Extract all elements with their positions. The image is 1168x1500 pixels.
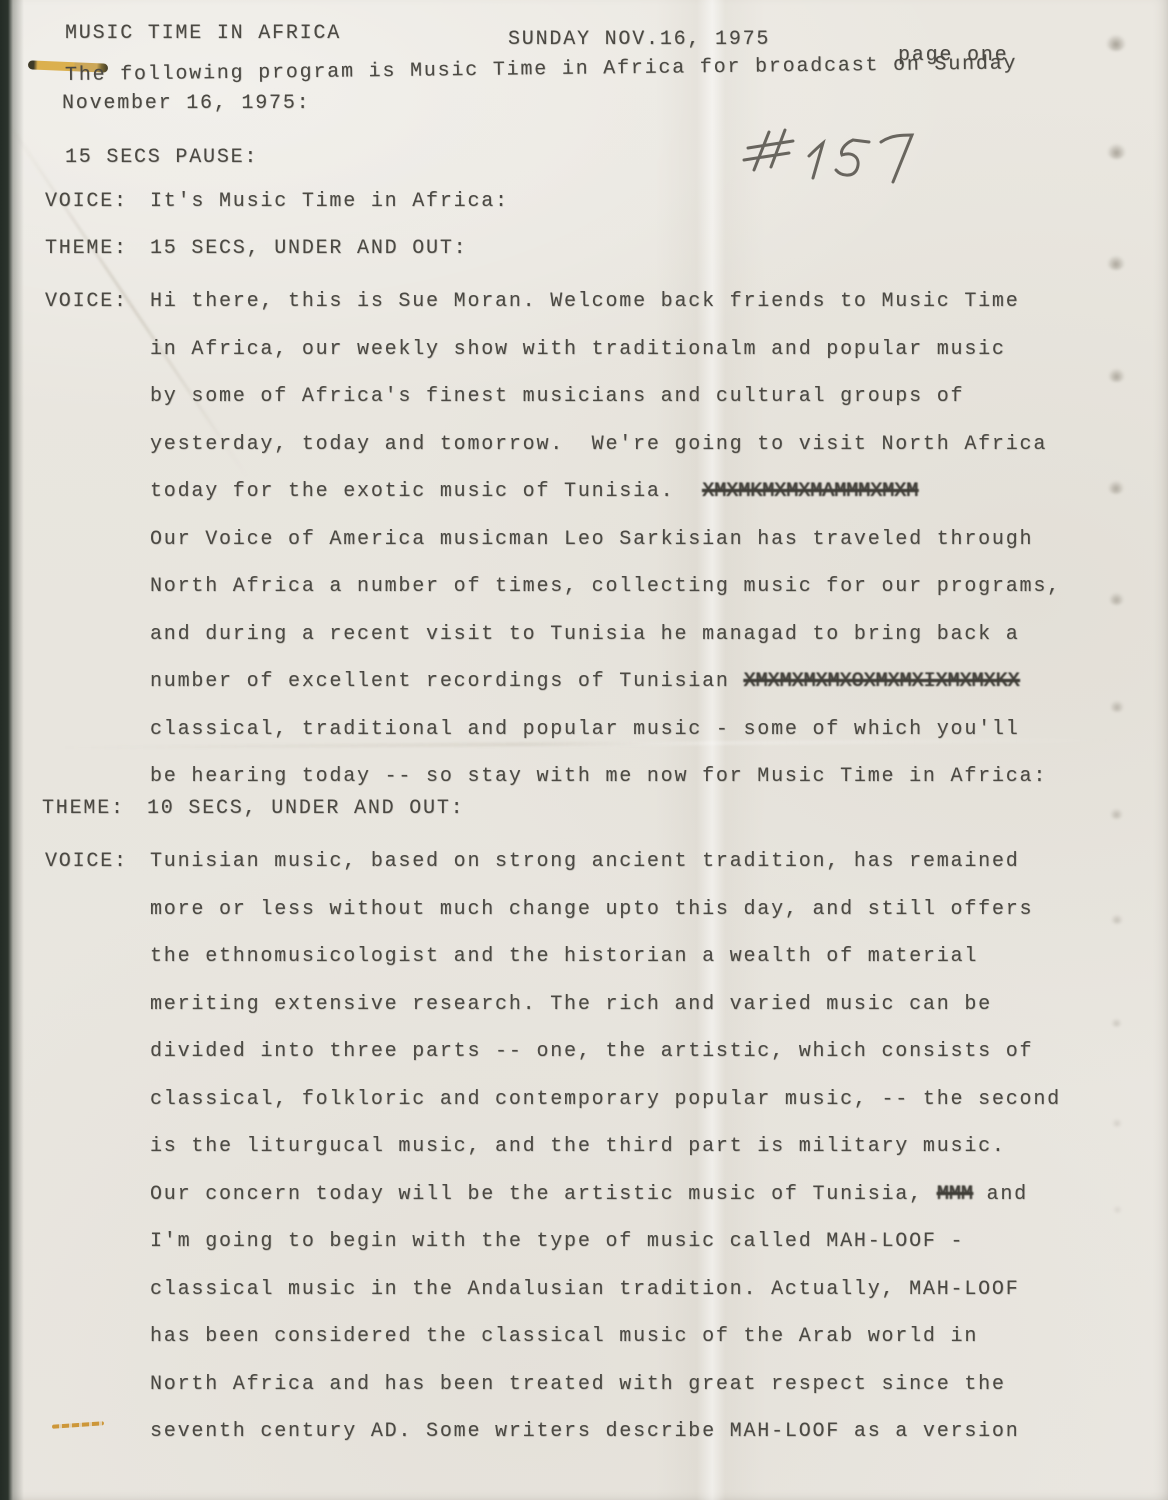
line-text: I'm going to begin with the type of musi… bbox=[150, 1230, 964, 1253]
binder-hole-shadow bbox=[1110, 700, 1124, 712]
script-text-line: divided into three parts -- one, the art… bbox=[150, 1040, 1033, 1063]
cue-label: VOICE: bbox=[45, 850, 150, 873]
screenshot-root: { "page": { "header_title": "MUSIC TIME … bbox=[0, 0, 1168, 1500]
line-text: Our concern today will be the artistic m… bbox=[150, 1183, 937, 1206]
line-text: number of excellent recordings of Tunisi… bbox=[150, 670, 743, 693]
line-text: 15 SECS PAUSE: bbox=[65, 146, 258, 169]
overtyped-strikeout: XMXMKMXMXMAMMMXMXM bbox=[702, 480, 918, 503]
script-cue-line: VOICE:Hi there, this is Sue Moran. Welco… bbox=[45, 290, 1020, 313]
script-text-line: seventh century AD. Some writers describ… bbox=[150, 1420, 1020, 1443]
line-text: and bbox=[973, 1183, 1028, 1206]
script-text-line: the ethnomusicologist and the historian … bbox=[150, 945, 978, 968]
script-text-line: in Africa, our weekly show with traditio… bbox=[150, 338, 1006, 361]
binder-hole-shadow bbox=[1109, 592, 1124, 605]
script-cue-line: VOICE:Tunisian music, based on strong an… bbox=[45, 850, 1020, 873]
script-cue-line: THEME:15 SECS, UNDER AND OUT: bbox=[45, 237, 467, 260]
line-text: Hi there, this is Sue Moran. Welcome bac… bbox=[150, 290, 1020, 313]
line-text: North Africa and has been treated with g… bbox=[150, 1373, 1006, 1396]
script-text-line: yesterday, today and tomorrow. We're goi… bbox=[150, 433, 1047, 456]
overtyped-strikeout: XMXMXMXMXOXMXMXIXMXMXKX bbox=[743, 670, 1019, 693]
script-text-line: has been considered the classical music … bbox=[150, 1325, 978, 1348]
line-text: North Africa a number of times, collecti… bbox=[150, 575, 1061, 598]
line-text: and during a recent visit to Tunisia he … bbox=[150, 623, 1020, 646]
line-text: 15 SECS, UNDER AND OUT: bbox=[150, 237, 467, 260]
binder-hole-shadow bbox=[1107, 255, 1125, 270]
binder-hole-shadow bbox=[1112, 1118, 1122, 1127]
script-text-line: more or less without much change upto th… bbox=[150, 898, 1033, 921]
script-text-line: be hearing today -- so stay with me now … bbox=[150, 765, 1047, 788]
script-cue-line: THEME:10 SECS, UNDER AND OUT: bbox=[42, 797, 464, 820]
fold-crease-vertical bbox=[655, 0, 765, 1500]
line-text: seventh century AD. Some writers describ… bbox=[150, 1420, 1020, 1443]
line-text: meriting extensive research. The rich an… bbox=[150, 993, 992, 1016]
line-text: today for the exotic music of Tunisia. bbox=[150, 480, 702, 503]
script-text-line: is the liturgucal music, and the third p… bbox=[150, 1135, 1006, 1158]
script-text-line: by some of Africa's finest musicians and… bbox=[150, 385, 964, 408]
script-text-line: and during a recent visit to Tunisia he … bbox=[150, 623, 1020, 646]
binder-hole-shadow bbox=[1113, 1205, 1122, 1213]
line-text: has been considered the classical music … bbox=[150, 1325, 978, 1348]
binder-hole-shadow bbox=[1107, 143, 1126, 159]
binder-hole-shadow bbox=[1111, 1018, 1122, 1027]
line-text: Tunisian music, based on strong ancient … bbox=[150, 850, 1020, 873]
line-text: 10 SECS, UNDER AND OUT: bbox=[147, 797, 464, 820]
handwritten-page-number bbox=[735, 112, 935, 204]
binder-hole-shadow bbox=[1106, 34, 1126, 51]
script-text-line: I'm going to begin with the type of musi… bbox=[150, 1230, 964, 1253]
binder-hole-shadow bbox=[1111, 914, 1123, 924]
intro-line: The following program is Music Time in A… bbox=[65, 52, 1018, 87]
cue-label: VOICE: bbox=[45, 290, 150, 313]
document-date: SUNDAY NOV.16, 1975 bbox=[508, 28, 770, 51]
line-text: It's Music Time in Africa: bbox=[150, 190, 509, 213]
line-text: divided into three parts -- one, the art… bbox=[150, 1040, 1033, 1063]
line-text: Our Voice of America musicman Leo Sarkis… bbox=[150, 528, 1033, 551]
script-text-line: North Africa a number of times, collecti… bbox=[150, 575, 1061, 598]
script-text-line: classical music in the Andalusian tradit… bbox=[150, 1278, 1020, 1301]
scanned-document-page: MUSIC TIME IN AFRICA SUNDAY NOV.16, 1975… bbox=[0, 0, 1168, 1500]
script-text-line: 15 SECS PAUSE: bbox=[65, 146, 258, 169]
line-text: yesterday, today and tomorrow. We're goi… bbox=[150, 433, 1047, 456]
cue-label: THEME: bbox=[42, 797, 147, 820]
binder-hole-shadow bbox=[1108, 480, 1124, 494]
script-cue-line: VOICE:It's Music Time in Africa: bbox=[45, 190, 509, 213]
script-text-line: Our Voice of America musicman Leo Sarkis… bbox=[150, 528, 1033, 551]
script-text-line: Our concern today will be the artistic m… bbox=[150, 1183, 1028, 1206]
line-text: classical, traditional and popular music… bbox=[150, 718, 1020, 741]
script-text-line: today for the exotic music of Tunisia. X… bbox=[150, 480, 918, 503]
cue-label: VOICE: bbox=[45, 190, 150, 213]
document-title: MUSIC TIME IN AFRICA bbox=[65, 22, 341, 45]
cue-label: THEME: bbox=[45, 237, 150, 260]
line-text: classical, folkloric and contemporary po… bbox=[150, 1088, 1061, 1111]
yellow-pencil-mark bbox=[52, 1421, 104, 1429]
script-text-line: classical, folkloric and contemporary po… bbox=[150, 1088, 1061, 1111]
line-text: in Africa, our weekly show with traditio… bbox=[150, 338, 1006, 361]
binder-hole-shadow bbox=[1110, 808, 1123, 819]
script-text-line: classical, traditional and popular music… bbox=[150, 718, 1020, 741]
line-text: the ethnomusicologist and the historian … bbox=[150, 945, 978, 968]
intro-line: November 16, 1975: bbox=[62, 92, 310, 115]
script-text-line: North Africa and has been treated with g… bbox=[150, 1373, 1006, 1396]
binder-hole-shadow bbox=[1108, 368, 1125, 382]
scan-edge bbox=[0, 0, 24, 1500]
script-text-line: number of excellent recordings of Tunisi… bbox=[150, 670, 1020, 693]
script-text-line: meriting extensive research. The rich an… bbox=[150, 993, 992, 1016]
line-text: more or less without much change upto th… bbox=[150, 898, 1033, 921]
overtyped-strikeout: MMM bbox=[937, 1183, 973, 1206]
line-text: be hearing today -- so stay with me now … bbox=[150, 765, 1047, 788]
line-text: by some of Africa's finest musicians and… bbox=[150, 385, 964, 408]
line-text: classical music in the Andalusian tradit… bbox=[150, 1278, 1020, 1301]
line-text: is the liturgucal music, and the third p… bbox=[150, 1135, 1006, 1158]
